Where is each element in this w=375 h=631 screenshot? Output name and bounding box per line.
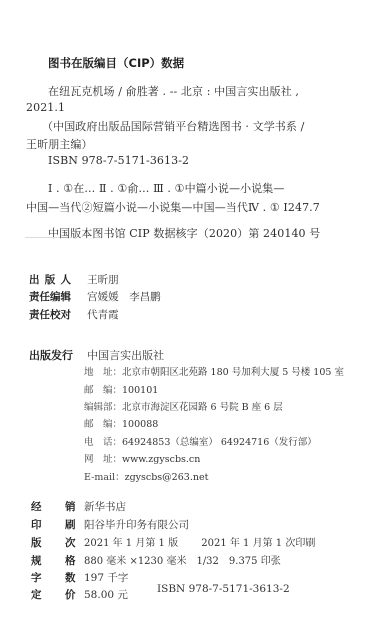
spec-label-b: 价 — [65, 587, 84, 602]
spec-label-a: 经 — [31, 499, 65, 514]
detail-label: E-mail： — [84, 472, 125, 483]
detail-value: 64924853（总编室） 64924716（发行部） — [122, 437, 317, 448]
publisher-email: E-mail：zgyscbs@263.net — [84, 469, 208, 483]
staff-row-editor: 责任编辑 宫媛媛 李昌鹏 — [29, 285, 161, 304]
cip-line-classification-1: Ⅰ . ①在… Ⅱ . ①俞… Ⅲ . ①中篇小说—小说集— — [48, 180, 284, 196]
detail-value: zgyscbs@263.net — [125, 472, 209, 483]
detail-label: 网 址： — [84, 454, 122, 465]
spec-value: 58.00 元 — [84, 589, 128, 601]
spec-value: 2021 年 1 月第 1 版 2021 年 1 月第 1 次印刷 — [84, 538, 315, 549]
detail-value: 100101 — [122, 385, 158, 396]
detail-label: 邮 编： — [84, 385, 122, 396]
spec-row-price: 定价58.00 元 — [31, 583, 128, 602]
isbn-footer: ISBN 978-7-5171-3613-2 — [157, 583, 290, 595]
spec-value: 新华书店 — [84, 501, 126, 513]
spec-row-edition: 版次2021 年 1 月第 1 版 2021 年 1 月第 1 次印刷 — [31, 531, 315, 550]
spec-label-a: 版 — [31, 535, 65, 550]
cip-title: 图书在版编目（CIP）数据 — [48, 55, 184, 71]
detail-value: www.zgyscbs.cn — [122, 454, 200, 465]
cip-line-year: 2021.1 — [26, 101, 65, 114]
detail-value: 100088 — [122, 419, 158, 430]
publisher-row: 出版发行 中国言实出版社 — [29, 344, 164, 363]
detail-label: 地 址： — [84, 367, 122, 378]
cip-line-data-number: 中国版本图书馆 CIP 数据核字（2020）第 240140 号 — [48, 225, 320, 241]
detail-label: 电 话： — [84, 437, 122, 448]
cip-line-classification-2: 中国—当代②短篇小说—小说集—中国—当代Ⅳ . ① I247.7 — [26, 199, 320, 215]
publisher-name: 中国言实出版社 — [87, 349, 164, 362]
editorial-office-address: 编辑部：北京市海淀区花园路 6 号院 B 座 6 层 — [84, 399, 283, 413]
spec-label-a: 定 — [31, 587, 65, 602]
publisher-website: 网 址：www.zgyscbs.cn — [84, 451, 200, 465]
detail-value: 北京市海淀区花园路 6 号院 B 座 6 层 — [122, 402, 283, 413]
cip-line-isbn: ISBN 978-7-5171-3613-2 — [48, 154, 189, 167]
detail-label: 编辑部： — [84, 402, 122, 413]
publisher-address: 地 址：北京市朝阳区北苑路 180 号加利大厦 5 号楼 105 室 — [84, 364, 344, 378]
spec-label-b: 刷 — [65, 517, 84, 532]
staff-label: 责任校对 — [29, 307, 82, 322]
spec-label-a: 印 — [31, 517, 65, 532]
staff-label: 责任编辑 — [29, 289, 82, 304]
scan-artifact-line — [25, 237, 60, 238]
staff-value: 代青霞 — [87, 309, 119, 321]
detail-value: 北京市朝阳区北苑路 180 号加利大厦 5 号楼 105 室 — [122, 367, 344, 378]
spec-row-distributor: 经销新华书店 — [31, 495, 126, 514]
cip-line-editor: 王昕朋主编） — [26, 136, 93, 152]
publisher-postcode: 邮 编：100101 — [84, 382, 158, 396]
cip-line-title-author: 在纽瓦克机场 / 俞胜著 . -- 北京 : 中国言实出版社 , — [48, 83, 299, 99]
detail-label: 邮 编： — [84, 419, 122, 430]
editorial-office-postcode: 邮 编：100088 — [84, 416, 158, 430]
publisher-phone: 电 话：64924853（总编室） 64924716（发行部） — [84, 434, 317, 448]
spec-label-b: 次 — [65, 535, 84, 550]
staff-value: 宫媛媛 李昌鹏 — [87, 291, 161, 303]
staff-row-proofreader: 责任校对 代青霞 — [29, 303, 119, 322]
spec-label-b: 销 — [65, 499, 84, 514]
cip-line-series: （中国政府出版品国际营销平台精选图书 · 文学书系 / — [42, 118, 304, 134]
spec-value: 阳谷毕升印务有限公司 — [84, 519, 189, 531]
publisher-label: 出版发行 — [29, 347, 82, 363]
spec-row-printer: 印刷阳谷毕升印务有限公司 — [31, 513, 189, 532]
